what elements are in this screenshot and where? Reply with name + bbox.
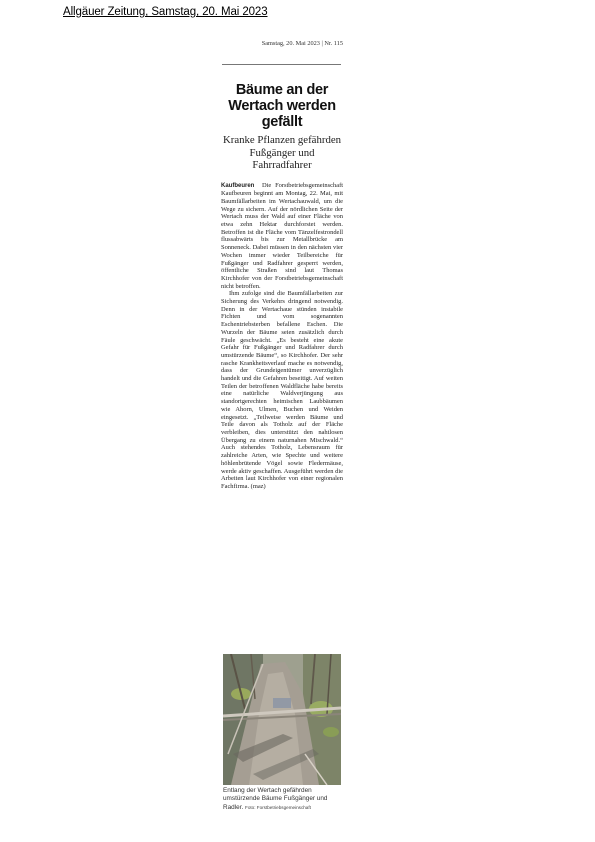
headline: Bäume an der Wertach werden gefällt [221,82,343,130]
photo-credit: Foto: Forstbetriebsgemeinschaft [245,805,311,810]
subheadline: Kranke Pflanzen gefährden Fußgänger und … [221,134,343,172]
header-rule [222,64,341,65]
paragraph-1-text: Die Forstbetriebsgemeinschaft Kaufbeuren… [221,182,343,290]
paragraph-1: Kaufbeuren Die Forstbetriebsgemeinschaft… [221,182,343,291]
source-line: Allgäuer Zeitung, Samstag, 20. Mai 2023 [63,6,268,18]
photo-caption: Entlang der Wertach gefährden umstürzend… [223,787,345,812]
article-photo [223,654,341,785]
paragraph-2: Ihm zufolge sind die Baumfällarbeiten zu… [221,290,343,490]
forest-path-image [223,654,341,785]
article-body: Kaufbeuren Die Forstbetriebsgemeinschaft… [221,182,343,491]
place-dateline: Kaufbeuren [221,183,254,189]
article-clipping: Samstag, 20. Mai 2023 | Nr. 115 Bäume an… [221,40,343,491]
issue-dateline: Samstag, 20. Mai 2023 | Nr. 115 [221,40,343,47]
